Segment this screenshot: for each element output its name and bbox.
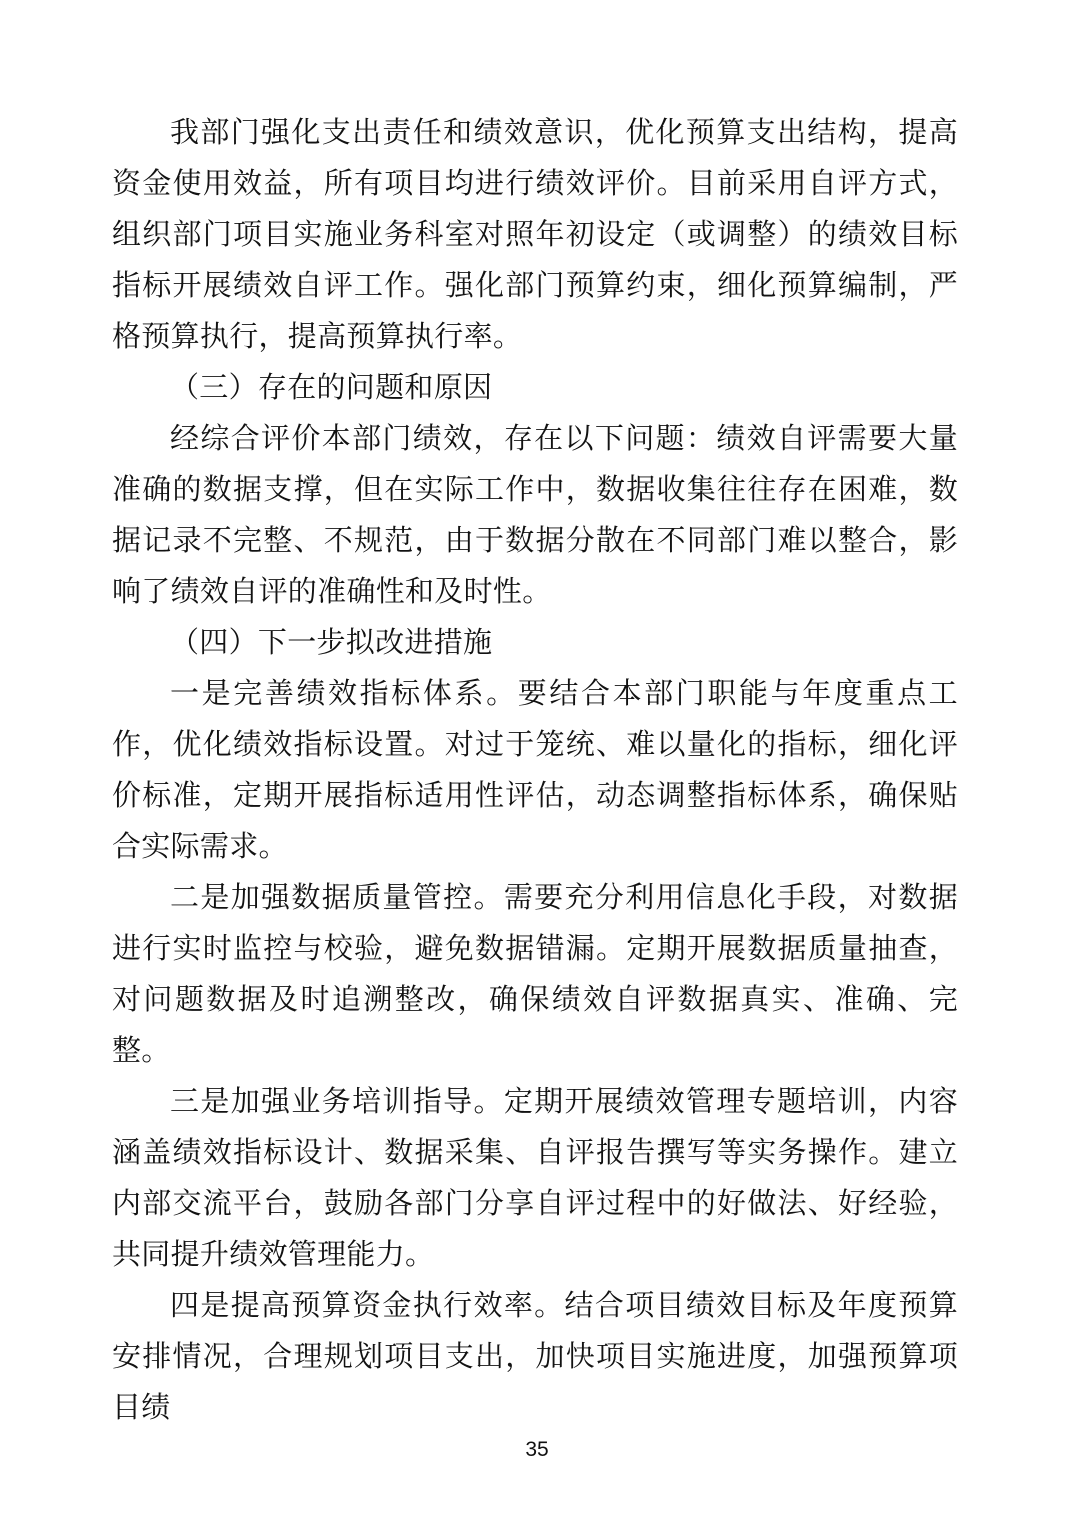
- paragraph: 四是提高预算资金执行效率。结合项目绩效目标及年度预算安排情况，合理规划项目支出，…: [112, 1281, 958, 1434]
- section-heading: （四）下一步拟改进措施: [112, 618, 958, 669]
- document-page: 我部门强化支出责任和绩效意识，优化预算支出结构，提高资金使用效益，所有项目均进行…: [0, 0, 1074, 1520]
- paragraph: 我部门强化支出责任和绩效意识，优化预算支出结构，提高资金使用效益，所有项目均进行…: [112, 108, 958, 363]
- paragraph: 三是加强业务培训指导。定期开展绩效管理专题培训，内容涵盖绩效指标设计、数据采集、…: [112, 1077, 958, 1281]
- paragraph: 经综合评价本部门绩效，存在以下问题：绩效自评需要大量准确的数据支撑，但在实际工作…: [112, 414, 958, 618]
- paragraph: 一是完善绩效指标体系。要结合本部门职能与年度重点工作，优化绩效指标设置。对过于笼…: [112, 669, 958, 873]
- page-number: 35: [525, 1438, 548, 1461]
- paragraph: 二是加强数据质量管控。需要充分利用信息化手段，对数据进行实时监控与校验，避免数据…: [112, 873, 958, 1077]
- section-heading: （三）存在的问题和原因: [112, 363, 958, 414]
- document-body: 我部门强化支出责任和绩效意识，优化预算支出结构，提高资金使用效益，所有项目均进行…: [112, 108, 958, 1434]
- page-footer: 35: [0, 1438, 1074, 1462]
